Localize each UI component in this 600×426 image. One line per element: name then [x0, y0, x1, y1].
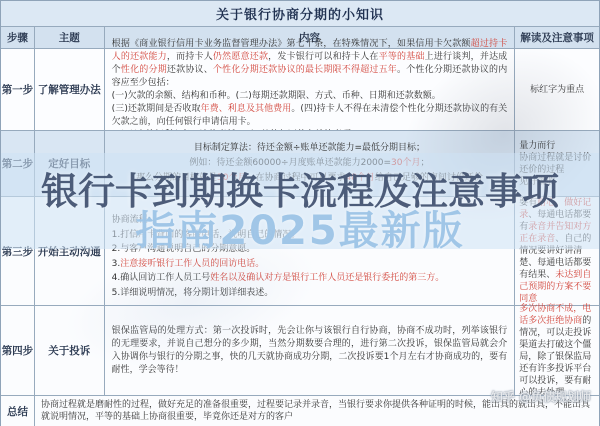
- column-header-topic: 主题: [34, 27, 104, 48]
- step2-content: 目标制定算法：待还金额÷账单还款能力=最低分期目标； 例如：待还金额60000÷…: [105, 137, 515, 190]
- step4-content: 银保监管局的处理方式：第一次投诉时，先会让你与该银行自行协商，协商不成功时，列举…: [105, 321, 515, 381]
- step1-content: 根据《商业银行信用卡业务监督管理办法》第七十条，在特殊情况下，如果信用卡欠款额超…: [105, 34, 515, 146]
- table-row-step3: 第三步 开始主动沟通 协商流程： 1.打信用卡背面的客服电话，说明自己的情况。 …: [1, 196, 599, 305]
- step4-notes: 多次协商不成，电话多次拒绝协商的情况，可以走投诉渠道去打破这个僵局，除了银保监局…: [515, 300, 599, 402]
- step4-topic: 关于投诉: [34, 306, 104, 395]
- step3-content: 协商流程： 1.打信用卡背面的客服电话，说明自己的情况。 2.与客户沟通说明自己…: [105, 197, 452, 304]
- step3-label: 第三步: [1, 197, 34, 305]
- table-row-step4: 第四步 关于投诉 银保监管局的处理方式：第一次投诉时，先会让你与该银行自行协商，…: [1, 305, 599, 395]
- table-row-summary: 总结 协商过程就是磨耐性的过程，做好充足的准备很重要，过程要记录并录音，当银行要…: [1, 395, 599, 426]
- step3-topic: 开始主动沟通: [34, 197, 104, 305]
- column-header-step: 步骤: [1, 27, 34, 48]
- infographic-table: 关于银行协商分期的小知识 步骤 主题 内容 解读及注意事项 第一步 了解管理办法…: [0, 0, 600, 426]
- step4-label: 第四步: [1, 306, 34, 395]
- column-header-notes: 解读及注意事项: [514, 27, 599, 48]
- step1-topic: 了解管理办法: [34, 49, 104, 130]
- table-title-row: 关于银行协商分期的小知识: [1, 1, 599, 26]
- step2-label: 第二步: [1, 131, 34, 196]
- summary-content: 协商过程就是磨耐性的过程，做好充足的准备很重要，过程要记录并录音，当银行要求你提…: [41, 399, 593, 423]
- page-title: 关于银行协商分期的小知识: [216, 4, 384, 23]
- step2-notes: 量力而行 协商过程就是讨价还价的过程 见好就收: [515, 137, 599, 191]
- step2-topic: 定好目标: [34, 131, 104, 196]
- step3-notes: 要有耐心、做好记录、每通电话都要有录音并告知对方正在录音、自己的情况要讲好讲清楚…: [515, 194, 599, 308]
- step1-label: 第一步: [1, 49, 34, 130]
- summary-label: 总结: [1, 396, 34, 426]
- table-row-step2: 第二步 定好目标 目标制定算法：待还金额÷账单还款能力=最低分期目标； 例如：待…: [1, 130, 599, 196]
- step1-notes: 标红字为重点: [515, 81, 599, 99]
- table-row-step1: 第一步 了解管理办法 根据《商业银行信用卡业务监督管理办法》第七十条，在特殊情况…: [1, 48, 599, 130]
